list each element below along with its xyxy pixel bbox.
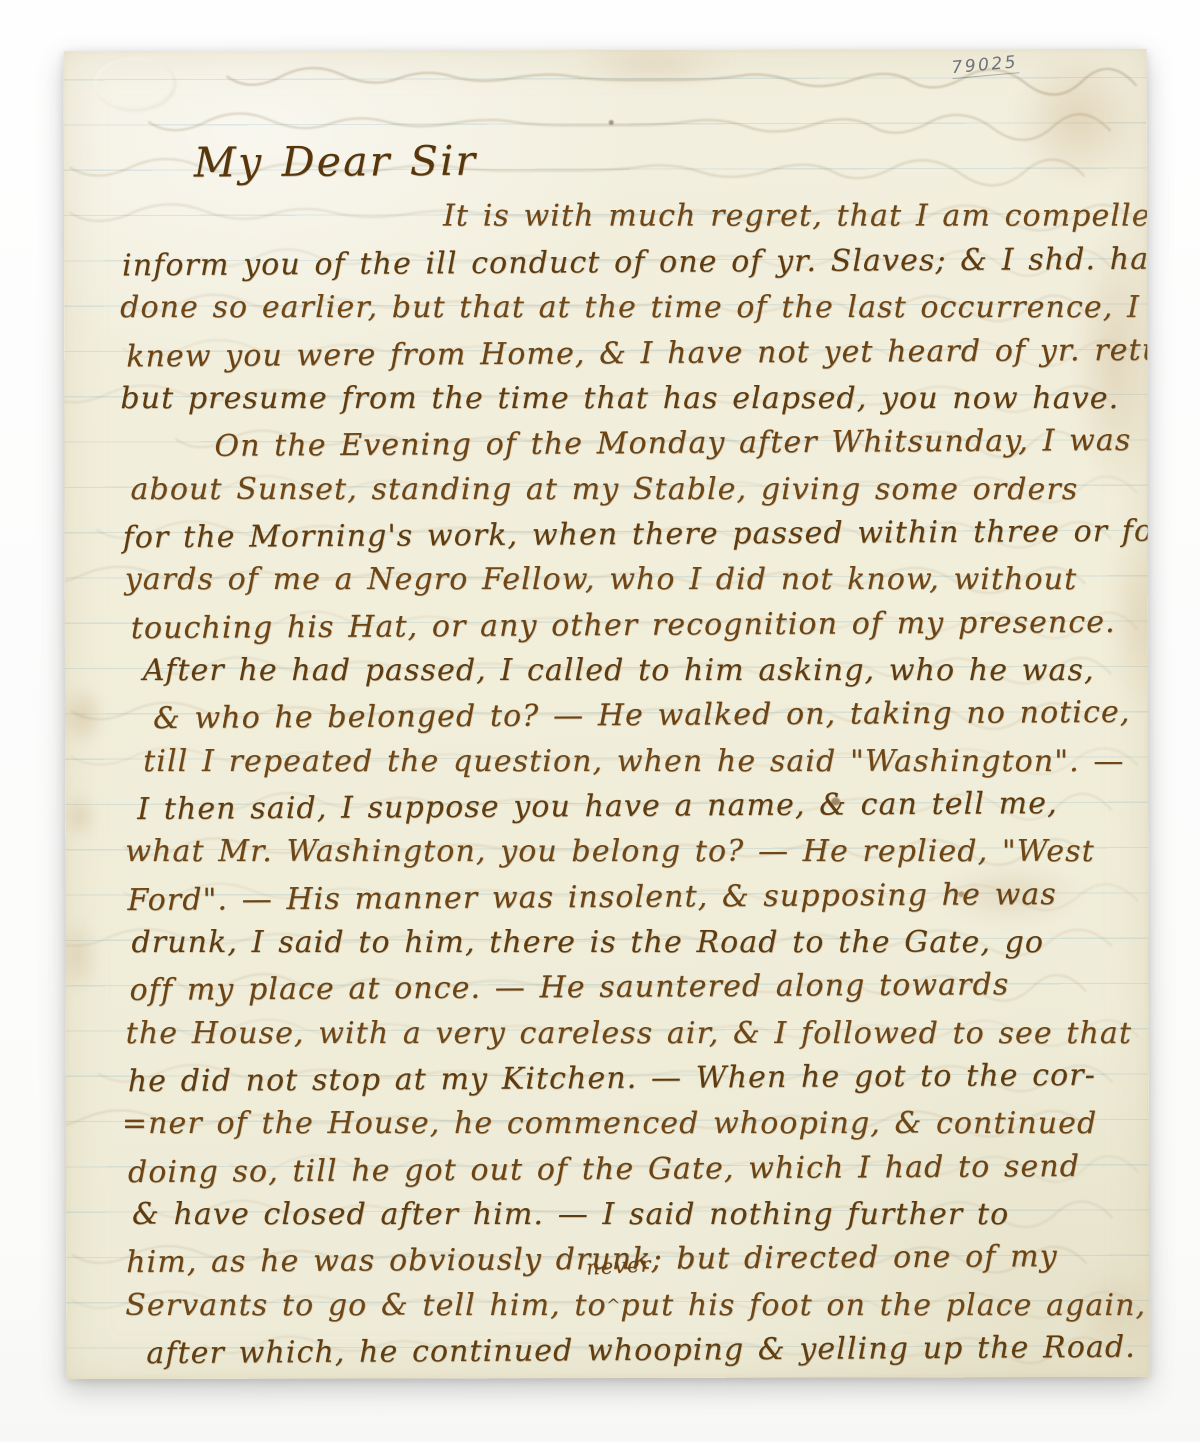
letter-line: till I repeated the question, when he sa…: [143, 745, 1124, 780]
letter-line: On the Evening of the Monday after Whits…: [214, 424, 1131, 464]
insertion-caret: ^: [606, 1298, 620, 1315]
letter-line: yards of me a Negro Fellow, who I did no…: [125, 563, 1078, 598]
letter-line: I then said, I suppose you have a name, …: [137, 787, 1058, 827]
letter-line: Ford". — His manner was insolent, & supp…: [127, 878, 1057, 919]
inserted-word: never: [586, 1254, 652, 1279]
letter-line: drunk, I said to him, there is the Road …: [131, 926, 1044, 961]
letter-line: but presume from the time that has elaps…: [120, 382, 1119, 416]
letter-line: done so earlier, but that at the time of…: [120, 291, 1140, 326]
letter-line: doing so, till he got out of the Gate, w…: [128, 1150, 1080, 1191]
letter-line: off my place at once. — He sauntered alo…: [129, 968, 1009, 1008]
letter-line: after which, he continued whooping & yel…: [146, 1331, 1136, 1372]
letter-line: the House, with a very careless air, & I…: [126, 1017, 1132, 1052]
letter-line: & who he belonged to? — He walked on, ta…: [153, 696, 1131, 737]
letter-line: knew you were from Home, & I have not ye…: [126, 333, 1149, 374]
letter-line: Servants to go & tell him, to put his fo…: [125, 1289, 1146, 1324]
letter-line: for the Morning's work, when there passe…: [123, 514, 1150, 555]
letter-line: & have closed after him. — I said nothin…: [132, 1198, 1009, 1233]
letter-line: My Dear Sir: [194, 138, 478, 187]
letter-line: about Sunset, standing at my Stable, giv…: [131, 473, 1079, 507]
letter-line: what Mr. Washington, you belong to? — He…: [125, 835, 1094, 870]
letter-page: My Dear SirIt is with much regret, that …: [64, 49, 1150, 1379]
letter-line: It is with much regret, that I am compel…: [443, 200, 1149, 235]
letter-line: After he had passed, I called to him ask…: [143, 654, 1095, 688]
letter-line: touching his Hat, or any other recogniti…: [131, 606, 1116, 647]
letter-line: inform you of the ill conduct of one of …: [122, 242, 1149, 283]
letter-line: he did not stop at my Kitchen. — When he…: [128, 1059, 1096, 1100]
letter-line: =ner of the House, he commenced whooping…: [122, 1107, 1097, 1142]
photograph-background: My Dear SirIt is with much regret, that …: [0, 0, 1200, 1442]
